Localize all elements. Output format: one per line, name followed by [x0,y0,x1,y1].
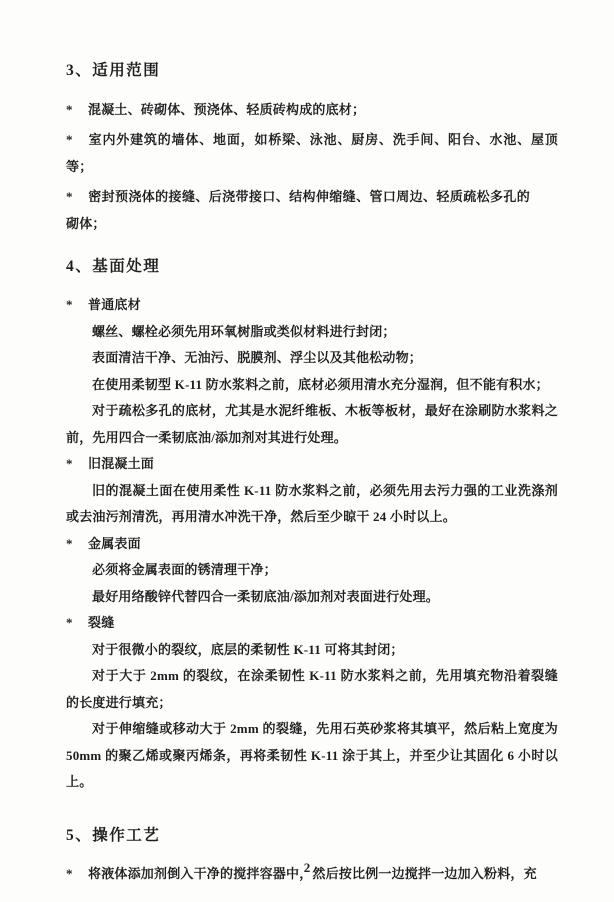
document-page: 3、适用范围 *混凝土、砖砌体、预浇体、轻质砖构成的底材； *室内外建筑的墙体、… [0,0,614,902]
bullet-marker: * [66,451,88,478]
bullet-marker: * [66,292,88,319]
section-application-scope: 3、适用范围 *混凝土、砖砌体、预浇体、轻质砖构成的底材； *室内外建筑的墙体、… [66,61,558,237]
paragraph: 旧的混凝土面在使用柔性 K-11 防水浆料之前，必须先用去污力强的工业洗涤剂或去… [66,478,558,531]
paragraph: 对于大于 2mm 的裂纹，在涂柔韧性 K-11 防水浆料之前，先用填充物沿着裂缝… [66,663,558,716]
section-heading: 3、适用范围 [66,61,558,81]
section-heading: 4、基面处理 [66,257,558,277]
bullet-item: *普通底材 [66,292,558,319]
paragraph: 螺丝、螺栓必须先用环氧树脂或类似材料进行封闭； [66,319,558,346]
bullet-marker: * [66,96,88,123]
bullet-item: *裂缝 [66,610,558,637]
paragraph: 对于疏松多孔的底材，尤其是水泥纤维板、木板等板材，最好在涂刷防水浆料之前，先用四… [66,398,558,451]
paragraph: 必须将金属表面的锈清理干净； [66,557,558,584]
bullet-text: 室内外建筑的墙体、地面，如桥梁、泳池、厨房、洗手间、阳台、水池、屋顶等； [66,132,558,174]
bullet-text: 密封预浇体的接缝、后浇带接口、结构伸缩缝、管口周边、轻质疏松多孔的砌体； [66,189,530,231]
bullet-marker: * [66,531,88,558]
bullet-item: *金属表面 [66,531,558,558]
bullet-item: *室内外建筑的墙体、地面，如桥梁、泳池、厨房、洗手间、阳台、水池、屋顶等； [66,126,558,180]
paragraph: 最好用络酸锌代替四合一柔韧底油/添加剂对表面进行处理。 [66,584,558,611]
paragraph: 对于很微小的裂纹，底层的柔韧性 K-11 可将其封闭； [66,637,558,664]
bullet-marker: * [66,183,88,210]
section-surface-preparation: 4、基面处理 *普通底材 螺丝、螺栓必须先用环氧树脂或类似材料进行封闭； 表面清… [66,257,558,796]
bullet-text: 裂缝 [88,615,114,630]
bullet-item: *混凝土、砖砌体、预浇体、轻质砖构成的底材； [66,96,558,123]
paragraph: 表面清洁干净、无油污、脱膜剂、浮尘以及其他松动物； [66,345,558,372]
section-operation-process: 5、操作工艺 *将液体添加剂倒入干净的搅拌容器中，然后按比例一边搅拌一边加入粉料… [66,826,558,888]
bullet-marker: * [66,126,88,153]
bullet-text: 旧混凝土面 [88,456,154,471]
bullet-marker: * [66,610,88,637]
section-heading: 5、操作工艺 [66,826,558,846]
page-number: 2 [0,860,614,876]
bullet-item: *旧混凝土面 [66,451,558,478]
paragraph: 对于伸缩缝或移动大于 2mm 的裂缝，先用石英砂浆将其填平，然后粘上宽度为 50… [66,716,558,796]
bullet-text: 混凝土、砖砌体、预浇体、轻质砖构成的底材； [88,102,365,117]
bullet-text: 金属表面 [88,536,141,551]
paragraph: 在使用柔韧型 K-11 防水浆料之前，底材必须用清水充分湿润，但不能有积水； [66,372,558,399]
bullet-item: *密封预浇体的接缝、后浇带接口、结构伸缩缝、管口周边、轻质疏松多孔的砌体； [66,183,558,237]
bullet-text: 普通底材 [88,297,141,312]
